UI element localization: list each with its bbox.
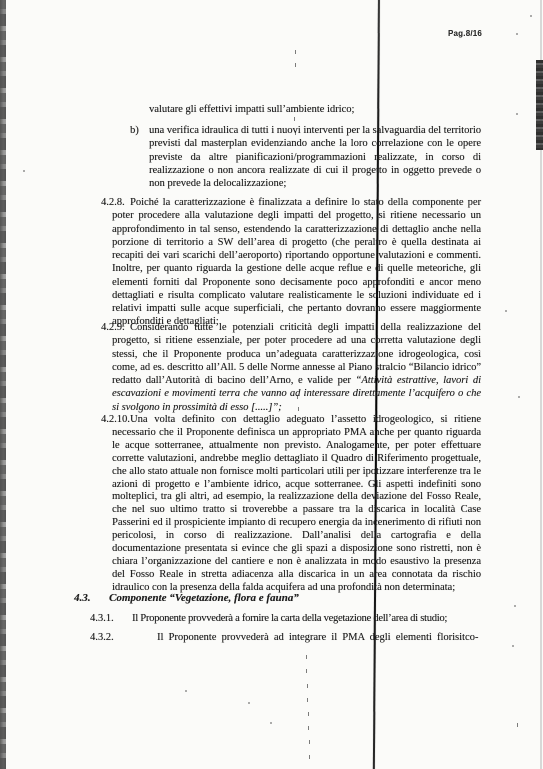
scan-speck xyxy=(516,33,518,35)
scan-speck xyxy=(505,310,507,312)
crease-mark xyxy=(294,117,295,121)
scan-edge-artifact-right xyxy=(540,0,542,769)
paragraph-4-3-1: 4.3.1. Il Proponente provvederà a fornir… xyxy=(132,612,512,625)
paragraph-text: Il Proponente provvederà a fornire la ca… xyxy=(132,613,447,624)
scan-speck xyxy=(514,605,516,607)
crease-mark xyxy=(295,50,296,54)
scan-speck xyxy=(23,170,25,172)
scan-speck xyxy=(270,722,272,724)
section-heading-4-3: 4.3. Componente “Vegetazione, flora e fa… xyxy=(109,592,409,605)
scan-speck xyxy=(512,645,514,647)
page-number: Pag.8/16 xyxy=(448,29,482,38)
scan-speck xyxy=(517,723,518,727)
paragraph-4-3-2: 4.3.2. Il Proponente provvederà ad integ… xyxy=(157,631,497,644)
list-item-b: b) una verifica idraulica di tutti i nuo… xyxy=(149,124,481,190)
crease-mark xyxy=(308,726,309,730)
crease-mark xyxy=(309,740,310,744)
scan-speck xyxy=(530,15,532,17)
paragraph-number: 4.2.10. xyxy=(83,414,130,427)
list-item-b-text: una verifica idraulica di tutti i nuovi … xyxy=(149,125,481,189)
paragraph-number: 4.3.2. xyxy=(90,631,114,644)
paragraph-number: 4.3.1. xyxy=(90,612,114,625)
intro-line: valutare gli effettivi impatti sull’ambi… xyxy=(149,103,409,116)
scanned-document-page: Pag.8/16 valutare gli effettivi impatti … xyxy=(0,0,543,769)
paragraph-text: Poiché la caratterizzazione è finalizzat… xyxy=(112,197,481,327)
paragraph-4-2-9: 4.2.9. Considerando tutte le potenziali … xyxy=(112,321,481,414)
crease-mark xyxy=(307,684,308,688)
crease-mark xyxy=(306,655,307,659)
list-item-b-label: b) xyxy=(130,124,139,137)
paragraph-4-2-10: 4.2.10. Una volta definito con dettaglio… xyxy=(112,414,481,595)
paragraph-number: 4.2.9. xyxy=(83,321,125,334)
section-title: Componente “Vegetazione, flora e fauna” xyxy=(109,592,299,604)
paragraph-text: Una volta definito con dettaglio adeguat… xyxy=(112,414,481,593)
section-number: 4.3. xyxy=(74,592,91,605)
paragraph-text: Il Proponente provvederà ad integrare il… xyxy=(157,632,478,643)
crease-mark xyxy=(295,63,296,67)
scan-speck xyxy=(248,702,250,704)
scan-speck xyxy=(518,396,520,398)
scan-speck xyxy=(516,113,518,115)
crease-mark xyxy=(306,669,307,673)
scan-edge-artifact-left xyxy=(0,0,6,769)
paragraph-4-2-8: 4.2.8. Poiché la caratterizzazione è fin… xyxy=(112,196,481,329)
crease-mark xyxy=(308,712,309,716)
paragraph-number: 4.2.8. xyxy=(83,196,125,209)
crease-mark xyxy=(307,698,308,702)
scan-speck xyxy=(185,690,187,692)
crease-mark xyxy=(309,755,310,759)
